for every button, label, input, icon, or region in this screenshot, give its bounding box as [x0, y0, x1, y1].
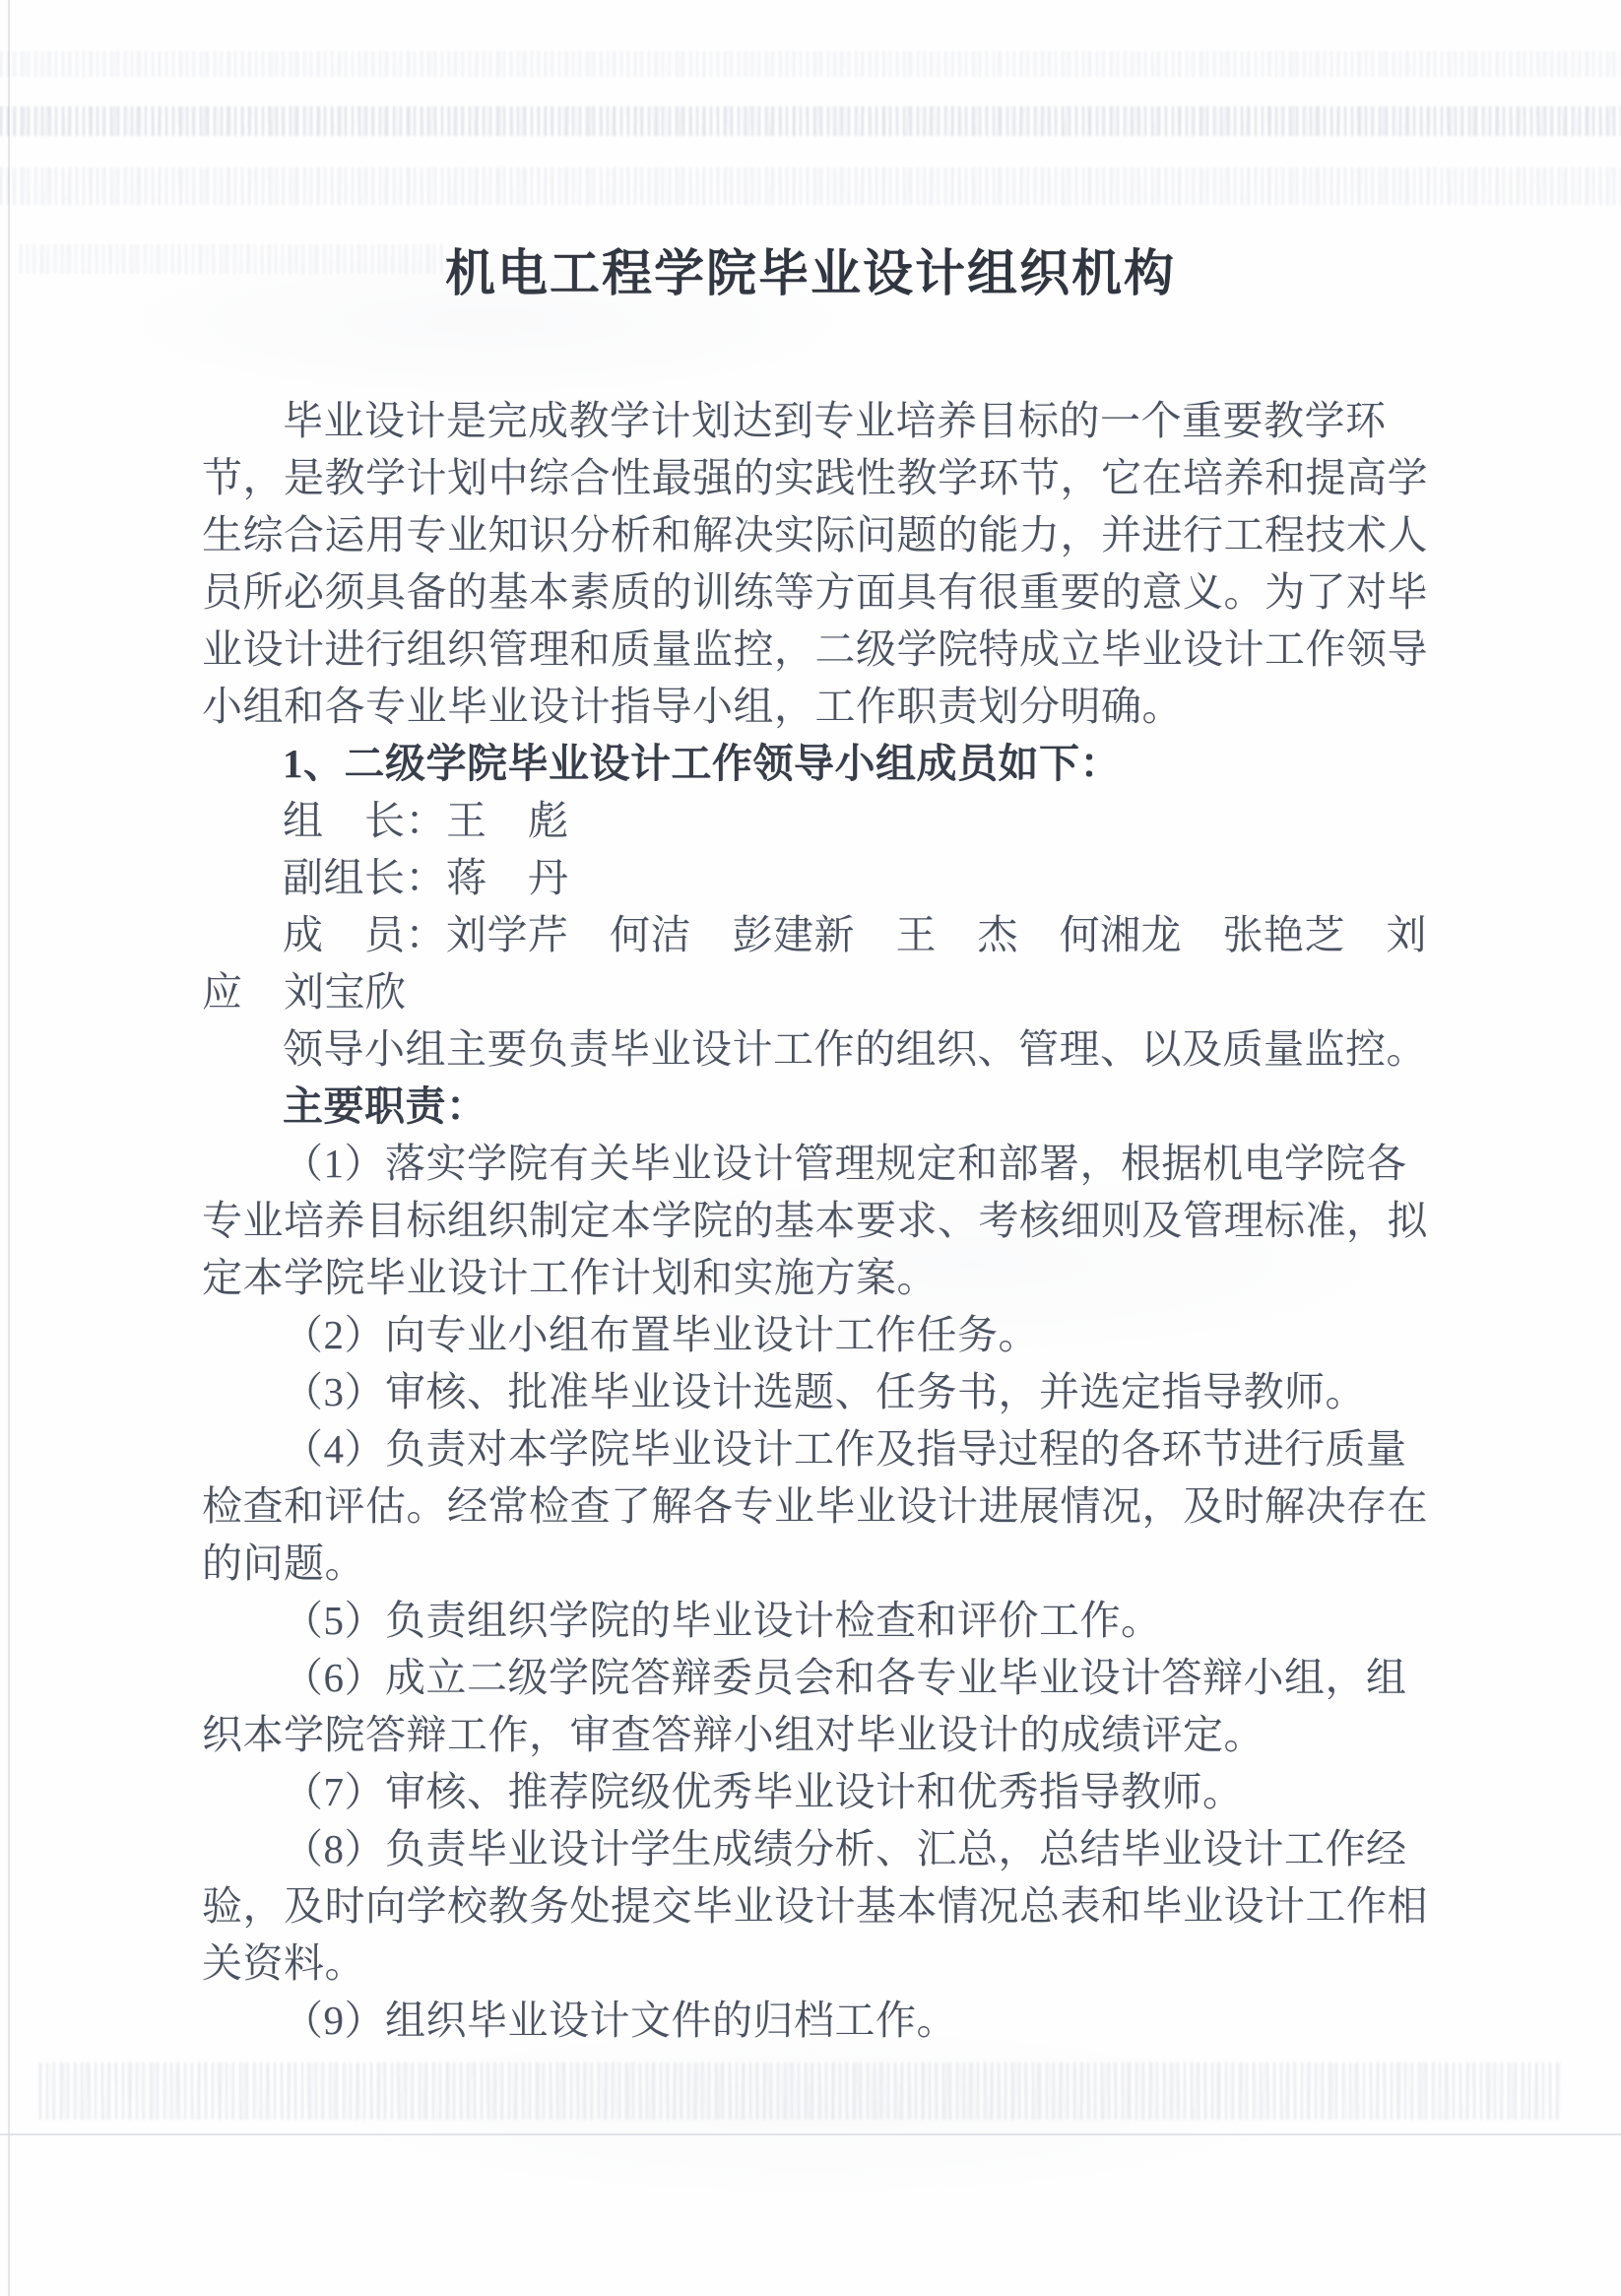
text-line: 的问题。 — [202, 1535, 1423, 1592]
text-line: 小组和各专业毕业设计指导小组，工作职责划分明确。 — [202, 678, 1423, 735]
text-line: （7）审核、推荐院级优秀毕业设计和优秀指导教师。 — [202, 1763, 1423, 1820]
text-line: 1、二级学院毕业设计工作领导小组成员如下： — [202, 735, 1423, 792]
text-line: （3）审核、批准毕业设计选题、任务书，并选定指导教师。 — [202, 1363, 1423, 1420]
text-line: 织本学院答辩工作，审查答辩小组对毕业设计的成绩评定。 — [202, 1706, 1423, 1763]
text-line: 主要职责： — [202, 1078, 1423, 1135]
scan-bleedthrough-band-top-1 — [0, 51, 1621, 77]
scan-edge-line-left — [8, 0, 10, 2296]
text-line: 检查和评估。经常检查了解各专业毕业设计进展情况，及时解决存在 — [202, 1477, 1423, 1535]
text-line: 副组长：蒋 丹 — [202, 849, 1423, 906]
text-line: 专业培养目标组织制定本学院的基本要求、考核细则及管理标准，拟 — [202, 1192, 1423, 1249]
scanned-document-page: 机电工程学院毕业设计组织机构 毕业设计是完成教学计划达到专业培养目标的一个重要教… — [0, 0, 1621, 2296]
text-line: 生综合运用专业知识分析和解决实际问题的能力，并进行工程技术人 — [202, 506, 1423, 563]
text-line: （8）负责毕业设计学生成绩分析、汇总，总结毕业设计工作经 — [202, 1820, 1423, 1877]
text-line: 业设计进行组织管理和质量监控，二级学院特成立毕业设计工作领导 — [202, 621, 1423, 678]
text-line: （2）向专业小组布置毕业设计工作任务。 — [202, 1306, 1423, 1363]
scan-edge-line-bottom — [0, 2133, 1621, 2135]
text-line: 验，及时向学校教务处提交毕业设计基本情况总表和毕业设计工作相 — [202, 1877, 1423, 1935]
text-line: 定本学院毕业设计工作计划和实施方案。 — [202, 1249, 1423, 1306]
text-line: 关资料。 — [202, 1935, 1423, 1992]
text-line: （9）组织毕业设计文件的归档工作。 — [202, 1992, 1423, 2049]
text-line: （5）负责组织学院的毕业设计检查和评价工作。 — [202, 1592, 1423, 1649]
text-line: 组 长：王 彪 — [202, 792, 1423, 849]
scan-bleedthrough-band-top-2 — [0, 106, 1621, 136]
text-line: 毕业设计是完成教学计划达到专业培养目标的一个重要教学环 — [202, 392, 1423, 449]
text-line: （4）负责对本学院毕业设计工作及指导过程的各环节进行质量 — [202, 1420, 1423, 1477]
text-line: 员所必须具备的基本素质的训练等方面具有很重要的意义。为了对毕 — [202, 563, 1423, 621]
text-line: （1）落实学院有关毕业设计管理规定和部署，根据机电学院各 — [202, 1135, 1423, 1192]
text-line: （6）成立二级学院答辩委员会和各专业毕业设计答辩小组，组 — [202, 1649, 1423, 1706]
text-line: 领导小组主要负责毕业设计工作的组织、管理、以及质量监控。 — [202, 1020, 1423, 1078]
document-body: 毕业设计是完成教学计划达到专业培养目标的一个重要教学环节，是教学计划中综合性最强… — [202, 392, 1423, 2049]
text-line: 成 员：刘学芹 何洁 彭建新 王 杰 何湘龙 张艳芝 刘 — [202, 906, 1423, 963]
document-title: 机电工程学院毕业设计组织机构 — [0, 232, 1621, 305]
text-line: 节，是教学计划中综合性最强的实践性教学环节，它在培养和提高学 — [202, 449, 1423, 506]
scan-bleedthrough-band-bottom — [39, 2063, 1562, 2120]
text-line: 应 刘宝欣 — [202, 963, 1423, 1020]
scan-bleedthrough-band-top-3 — [0, 167, 1621, 205]
